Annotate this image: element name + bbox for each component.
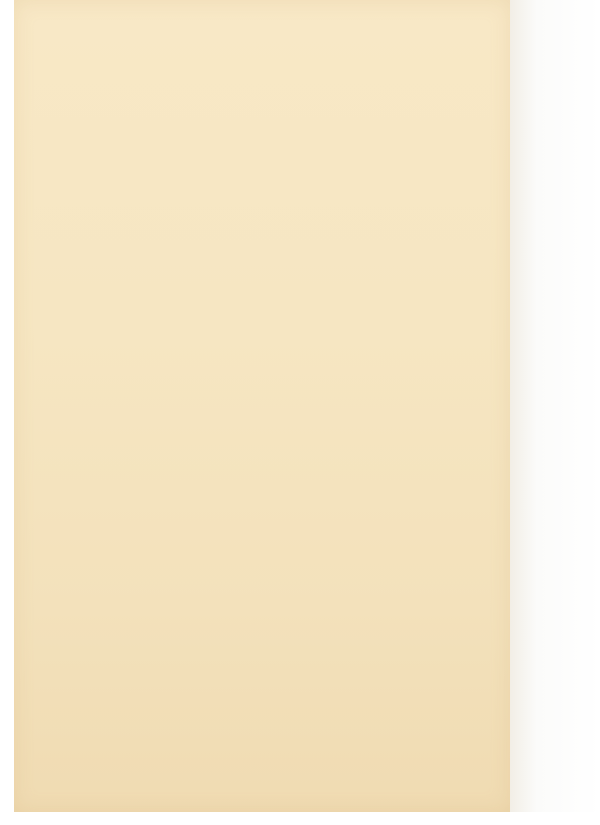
- document-page: [14, 0, 510, 812]
- scan-background: [510, 0, 600, 812]
